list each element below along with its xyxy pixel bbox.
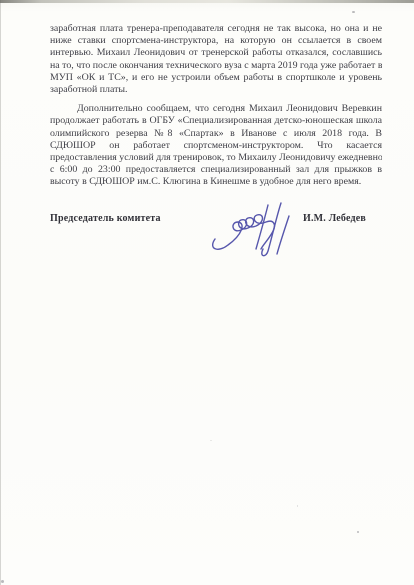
text-line: продолжает работать в ОГБУ «Специализиро…: [50, 115, 382, 127]
text-line: Дополнительно сообщаем, что сегодня Миха…: [50, 103, 382, 115]
text-line: ниже ставки спортсмена-инструктора, на к…: [50, 35, 382, 47]
scan-left-edge-artifact: [0, 0, 1, 585]
signer-title: Председатель комитета: [50, 213, 161, 225]
text-line: предоставления условий для тренировок, т…: [50, 152, 382, 164]
scan-speck: [1, 580, 4, 583]
text-line: СДЮШОР он работает спортсменом-инструкто…: [50, 140, 382, 152]
text-line: с 6:00 до 23:00 предоставляется специали…: [50, 164, 382, 176]
scan-speck: [357, 531, 359, 533]
text-line: на то, что после окончания технического …: [50, 60, 382, 72]
text-line: МУП «ОК и ТС», и его не устроили объем р…: [50, 72, 382, 84]
paragraph-salary-explanation: заработная плата тренера-преподавателя с…: [50, 23, 382, 96]
signer-name: И.М. Лебедев: [303, 213, 366, 225]
scan-speck: [352, 11, 355, 13]
scan-speck: [210, 440, 212, 441]
text-line: высоту в СДЮШОР им.С. Клюгина в Кинешме …: [50, 176, 382, 188]
text-line: олимпийского резерва №8 «Спартак» в Иван…: [50, 128, 382, 140]
scan-speck: [297, 505, 298, 507]
text-line: заработной платы.: [50, 84, 382, 96]
text-line: заработная плата тренера-преподавателя с…: [50, 23, 382, 35]
paragraph-additional-info: Дополнительно сообщаем, что сегодня Миха…: [50, 103, 382, 188]
handwritten-signature-icon: [210, 198, 300, 262]
letter-body: заработная плата тренера-преподавателя с…: [50, 23, 382, 225]
text-line: интервью. Михаил Леонидович от тренерско…: [50, 47, 382, 59]
scanned-letter-page: заработная плата тренера-преподавателя с…: [0, 0, 414, 585]
scan-top-edge-artifact: [0, 0, 414, 3]
